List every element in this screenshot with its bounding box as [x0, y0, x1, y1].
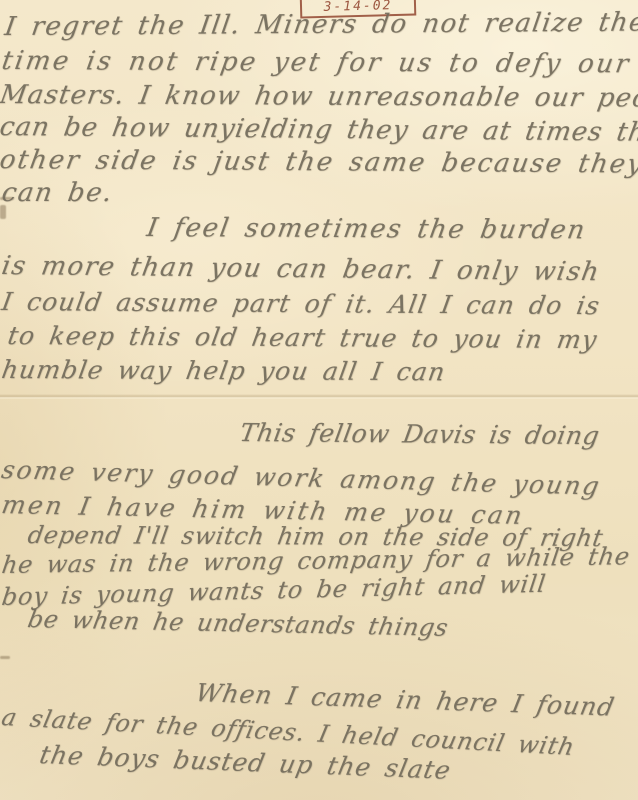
edge-smudge — [0, 656, 10, 659]
letter-line: can be. — [0, 178, 115, 208]
letter-line: can be how unyielding they are at times … — [0, 112, 638, 148]
letter-line: to keep this old heart true to you in my — [6, 321, 600, 354]
letter-line: I feel sometimes the burden — [145, 213, 589, 245]
fold-crease — [0, 394, 638, 399]
letter-line: I regret the Ill. Miners do not realize … — [3, 8, 638, 43]
letter-line: This fellow Davis is doing — [238, 418, 602, 450]
letter-line: be when he understands things — [25, 605, 450, 642]
letter-line: humble way help you all I can — [0, 355, 448, 386]
letter-line: Masters. I know how unreasonable our peo… — [0, 80, 638, 114]
letter-line: other side is just the same because they — [0, 145, 638, 179]
letter-line: is more than you can bear. I only wish — [0, 251, 602, 287]
letter-page: 3-14-02 I regret the Ill. Miners do not … — [0, 0, 638, 800]
letter-line: When I came in here I found — [193, 678, 617, 721]
letter-line: I could assume part of it. All I can do … — [0, 287, 602, 320]
letter-line: time is not ripe yet for us to defy our — [0, 46, 633, 79]
